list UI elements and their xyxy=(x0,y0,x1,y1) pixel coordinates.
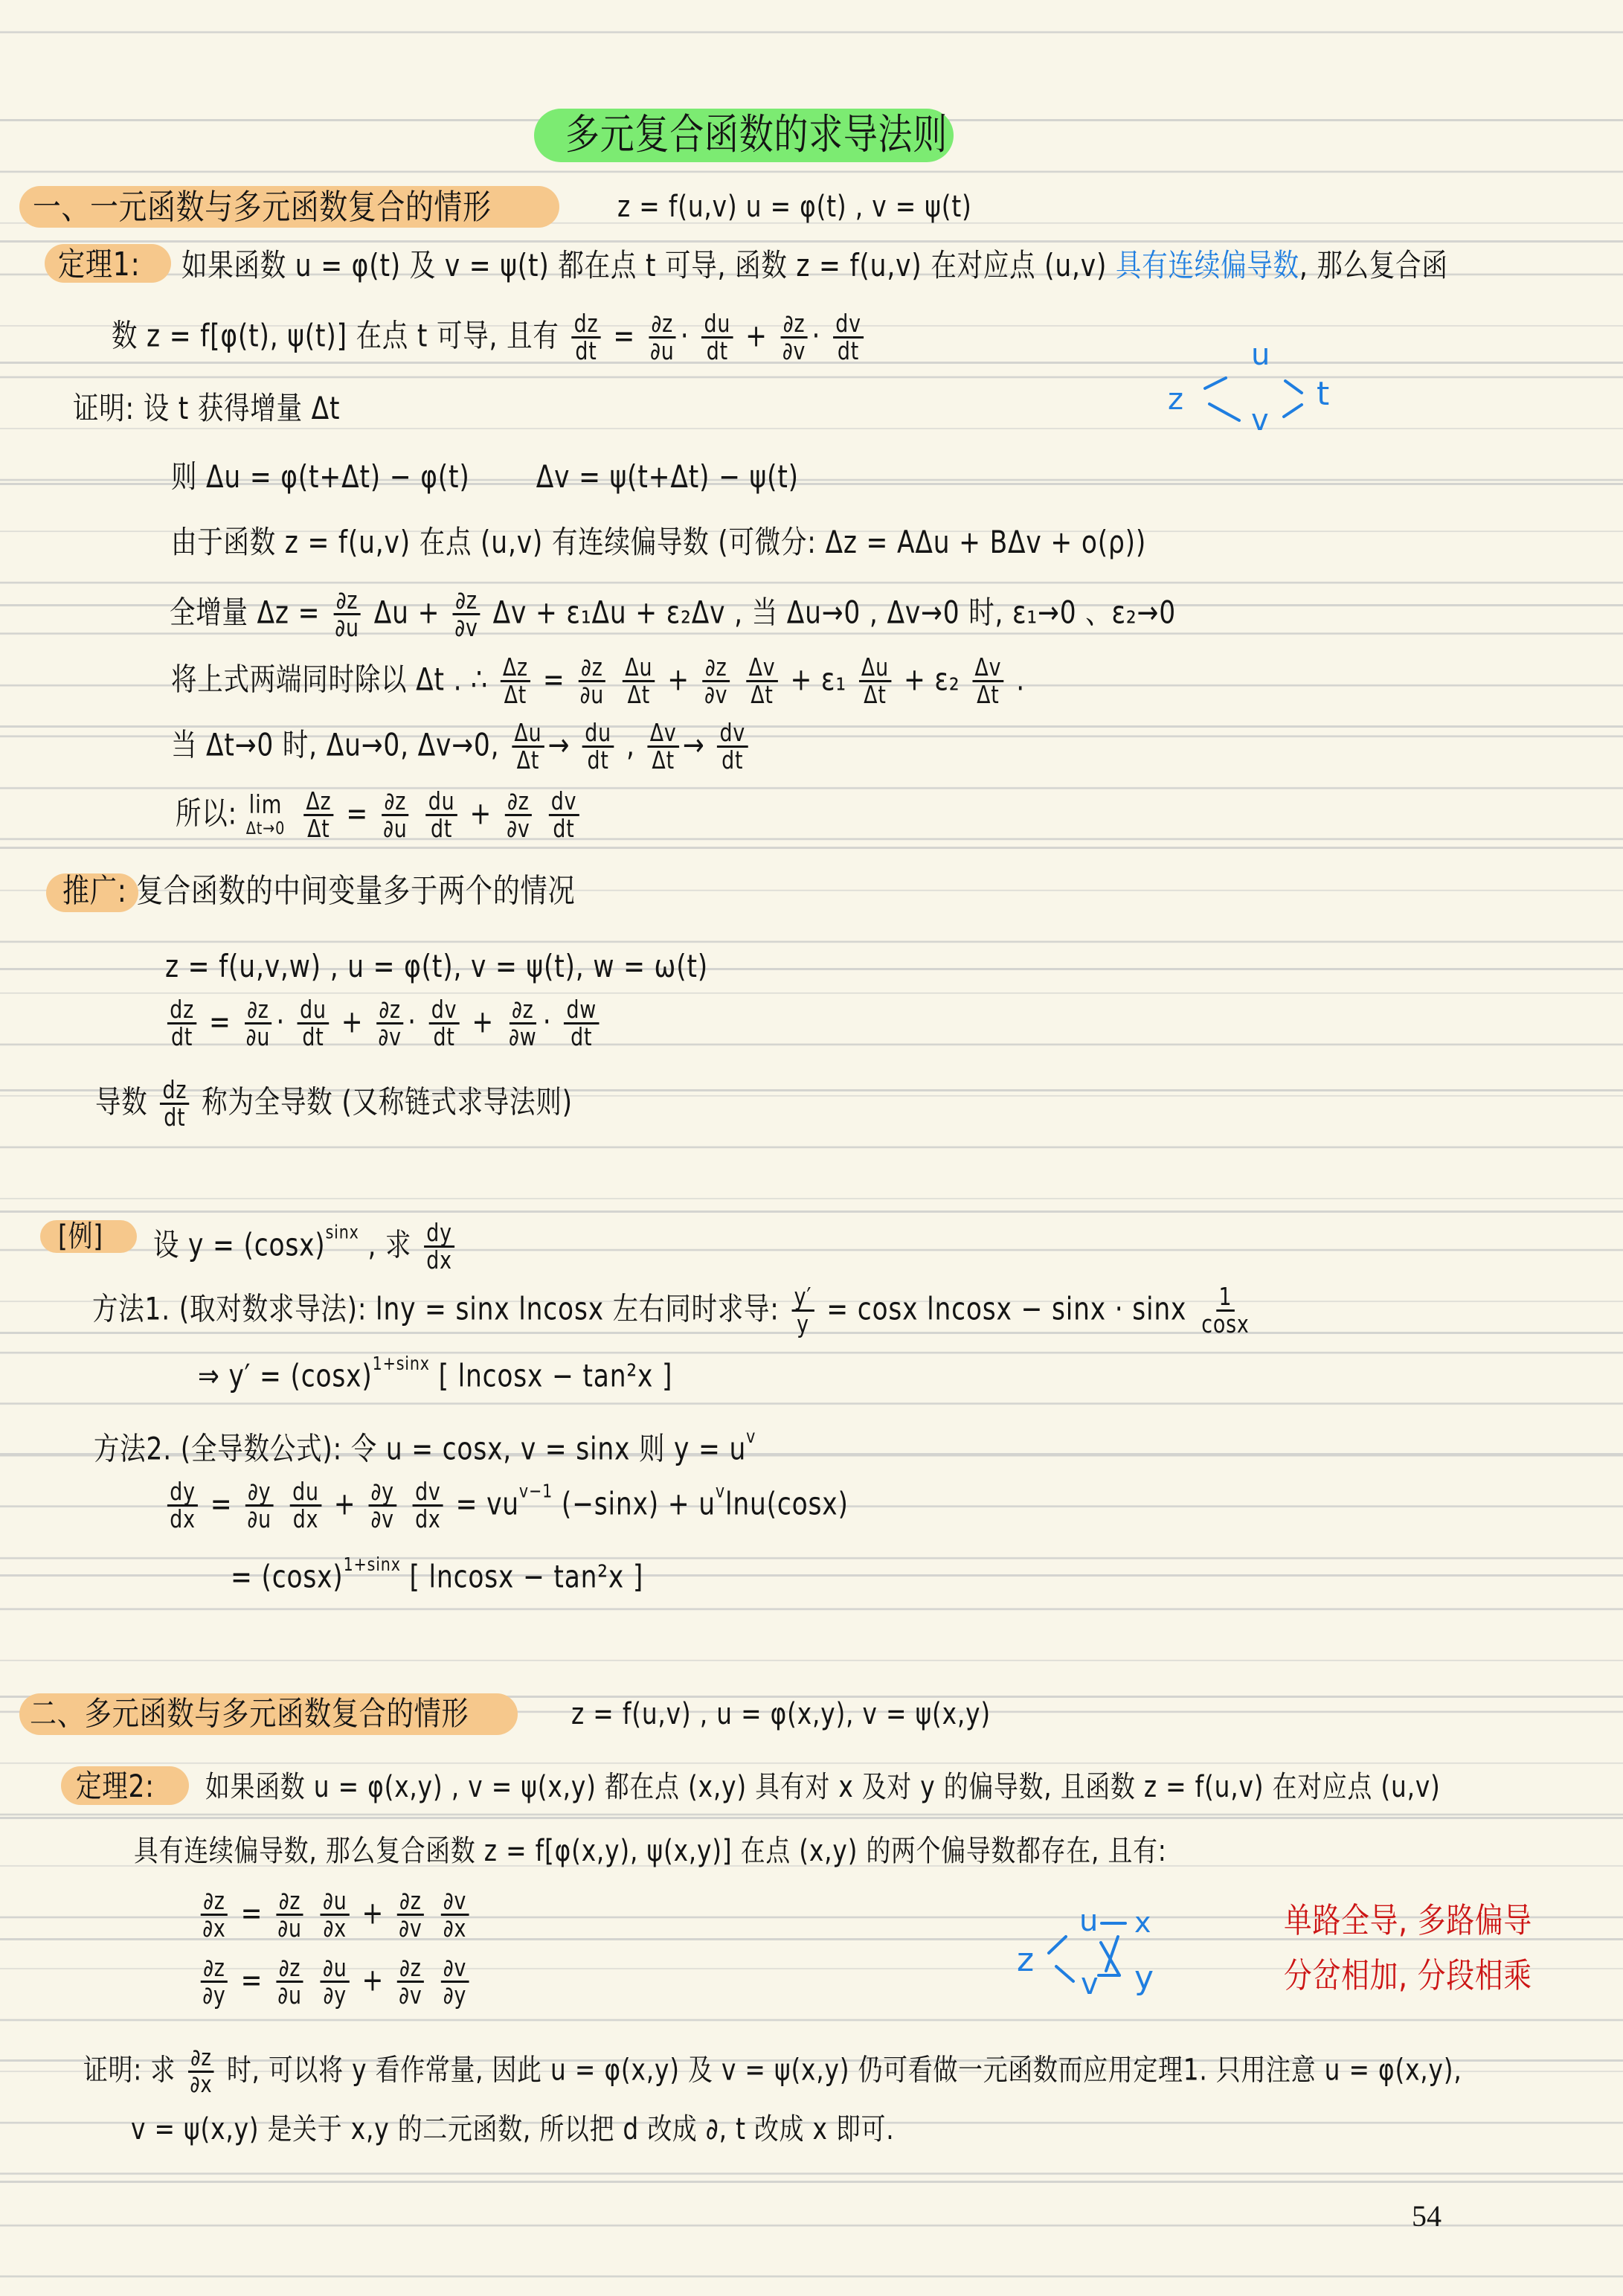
section1-heading: 一、一元函数与多元函数复合的情形 xyxy=(33,190,492,224)
proof2-line2: v = ψ(x,y) 是关于 x,y 的二元函数, 所以把 d 改成 ∂, t … xyxy=(131,2114,894,2144)
fraction: ∂z∂u xyxy=(332,588,361,641)
proof1-line3: 由于函数 z = f(u,v) 在点 (u,v) 有连续偏导数 (可微分: Δz… xyxy=(171,527,1146,558)
theorem2-line1: 如果函数 u = φ(x,y) , v = ψ(x,y) 都在点 (x,y) 具… xyxy=(205,1772,1441,1802)
theorem1-line2-text: 数 z = f[φ(t), ψ(t)] 在点 t 可导, 且有 xyxy=(112,317,559,353)
node-u: u xyxy=(1079,1904,1098,1938)
proof1-line1: 证明: 设 t 获得增量 Δt xyxy=(73,393,340,424)
node-z: z xyxy=(1017,1941,1034,1979)
dependency-tree-diagram-2: u z v x y xyxy=(1015,1893,1253,1998)
generalization-setup: z = f(u,v,w) , u = φ(t), v = ψ(t), w = ω… xyxy=(165,951,708,982)
theorem1-text-b: , 那么复合函 xyxy=(1299,247,1448,283)
example-label: [例] xyxy=(58,1222,103,1251)
dependency-tree-diagram-1: u z v t xyxy=(1160,327,1354,432)
generalization-text: 复合函数的中间变量多于两个的情况 xyxy=(136,872,575,910)
proof-label: 证明: xyxy=(83,2053,142,2087)
fraction: dzdt xyxy=(571,311,600,365)
theorem1-blue-emphasis: 具有连续偏导数 xyxy=(1116,247,1299,283)
example-problem: 设 y = (cosx)sinx , 求 dydx xyxy=(153,1220,458,1274)
theorem1-label: 定理1: xyxy=(58,248,141,281)
node-x: x xyxy=(1134,1906,1151,1939)
generalization-formula: dzdt = ∂z∂u· dudt + ∂z∂v· dvdt + ∂z∂w· d… xyxy=(164,997,602,1051)
proof1-line6: 当 Δt→0 时, Δu→0, Δv→0, ΔuΔt→ dudt , ΔvΔt→… xyxy=(171,720,751,774)
formula-dz-dy: ∂z∂y = ∂z∂u ∂u∂y + ∂z∂v ∂v∂y xyxy=(196,1955,472,2009)
method2-line: 方法2. (全导数公式): 令 u = cosx, v = sinx 则 y =… xyxy=(94,1427,756,1465)
proof2-line1: 证明: 求 ∂z∂x 时, 可以将 y 看作常量, 因此 u = φ(x,y) … xyxy=(83,2046,1462,2097)
fraction: ∂z∂v xyxy=(452,588,481,641)
theorem2-line2: 具有连续偏导数, 那么复合函数 z = f[φ(x,y), ψ(x,y)] 在点… xyxy=(134,1836,1167,1866)
generalization-line: 推广: 复合函数的中间变量多于两个的情况 xyxy=(62,875,575,908)
proof1-line5: 将上式两端同时除以 Δt . ∴ ΔzΔt = ∂z∂u ΔuΔt + ∂z∂v… xyxy=(171,655,1025,708)
proof1-line2: 则 Δu = φ(t+Δt) − φ(t) Δv = ψ(t+Δt) − ψ(t… xyxy=(171,461,799,493)
fraction: ∂z∂u xyxy=(648,311,677,365)
fraction: dudt xyxy=(701,311,733,365)
theorem1-text-a: 如果函数 u = φ(t) 及 v = ψ(t) 都在点 t 可导, 函数 z … xyxy=(181,247,1116,283)
proof1-line4: 全增量 Δz = ∂z∂u Δu + ∂z∂v Δv + ε₁Δu + ε₂Δv… xyxy=(170,588,1176,641)
fraction: dvdt xyxy=(833,311,864,365)
formula-dz-dx: ∂z∂x = ∂z∂u ∂u∂x + ∂z∂v ∂v∂x xyxy=(196,1888,472,1942)
node-v: v xyxy=(1251,403,1269,432)
node-t: t xyxy=(1317,375,1329,413)
section2-setup: z = f(u,v) , u = φ(x,y), v = ψ(x,y) xyxy=(571,1699,991,1729)
generalization-label: 推广: xyxy=(62,872,127,910)
method1-result: ⇒ y′ = (cosx)1+sinx [ lncosx − tan²x ] xyxy=(198,1354,672,1392)
method2-formula: dydx = ∂y∂u dudx + ∂y∂v dvdx = vuv−1 (−s… xyxy=(164,1479,849,1533)
mnemonic-line1: 单路全导, 多路偏导 xyxy=(1284,1903,1532,1937)
node-v: v xyxy=(1081,1967,1099,1998)
theorem1-line2: 数 z = f[φ(t), ψ(t)] 在点 t 可导, 且有 dzdt = ∂… xyxy=(112,311,867,365)
node-u: u xyxy=(1251,338,1270,372)
method2-result: = (cosx)1+sinx [ lncosx − tan²x ] xyxy=(231,1555,643,1593)
page-number: 54 xyxy=(1412,2199,1442,2234)
section1-setup: z = f(u,v) u = φ(t) , v = ψ(t) xyxy=(617,192,972,222)
node-y: y xyxy=(1134,1959,1154,1997)
proof1-line7: 所以: limΔt→0 ΔzΔt = ∂z∂u dudt + ∂z∂v dvdt xyxy=(176,789,583,842)
node-z: z xyxy=(1168,382,1183,417)
mnemonic-line2: 分岔相加, 分段相乘 xyxy=(1284,1958,1532,1992)
limit: limΔt→0 xyxy=(246,792,285,838)
proof-label: 证明: xyxy=(73,390,135,426)
total-derivative-note: 导数 dzdt 称为全导数 (又称链式求导法则) xyxy=(95,1077,573,1131)
theorem1-line1: 如果函数 u = φ(t) 及 v = ψ(t) 都在点 t 可导, 函数 z … xyxy=(181,250,1448,281)
method1-line: 方法1. (取对数求导法): lny = sinx lncosx 左右同时求导:… xyxy=(92,1284,1256,1338)
page-title: 多元复合函数的求导法则 xyxy=(565,115,948,156)
fraction: ∂z∂v xyxy=(780,311,809,365)
theorem2-label: 定理2: xyxy=(76,1771,155,1802)
section2-heading: 二、多元函数与多元函数复合的情形 xyxy=(30,1698,469,1731)
